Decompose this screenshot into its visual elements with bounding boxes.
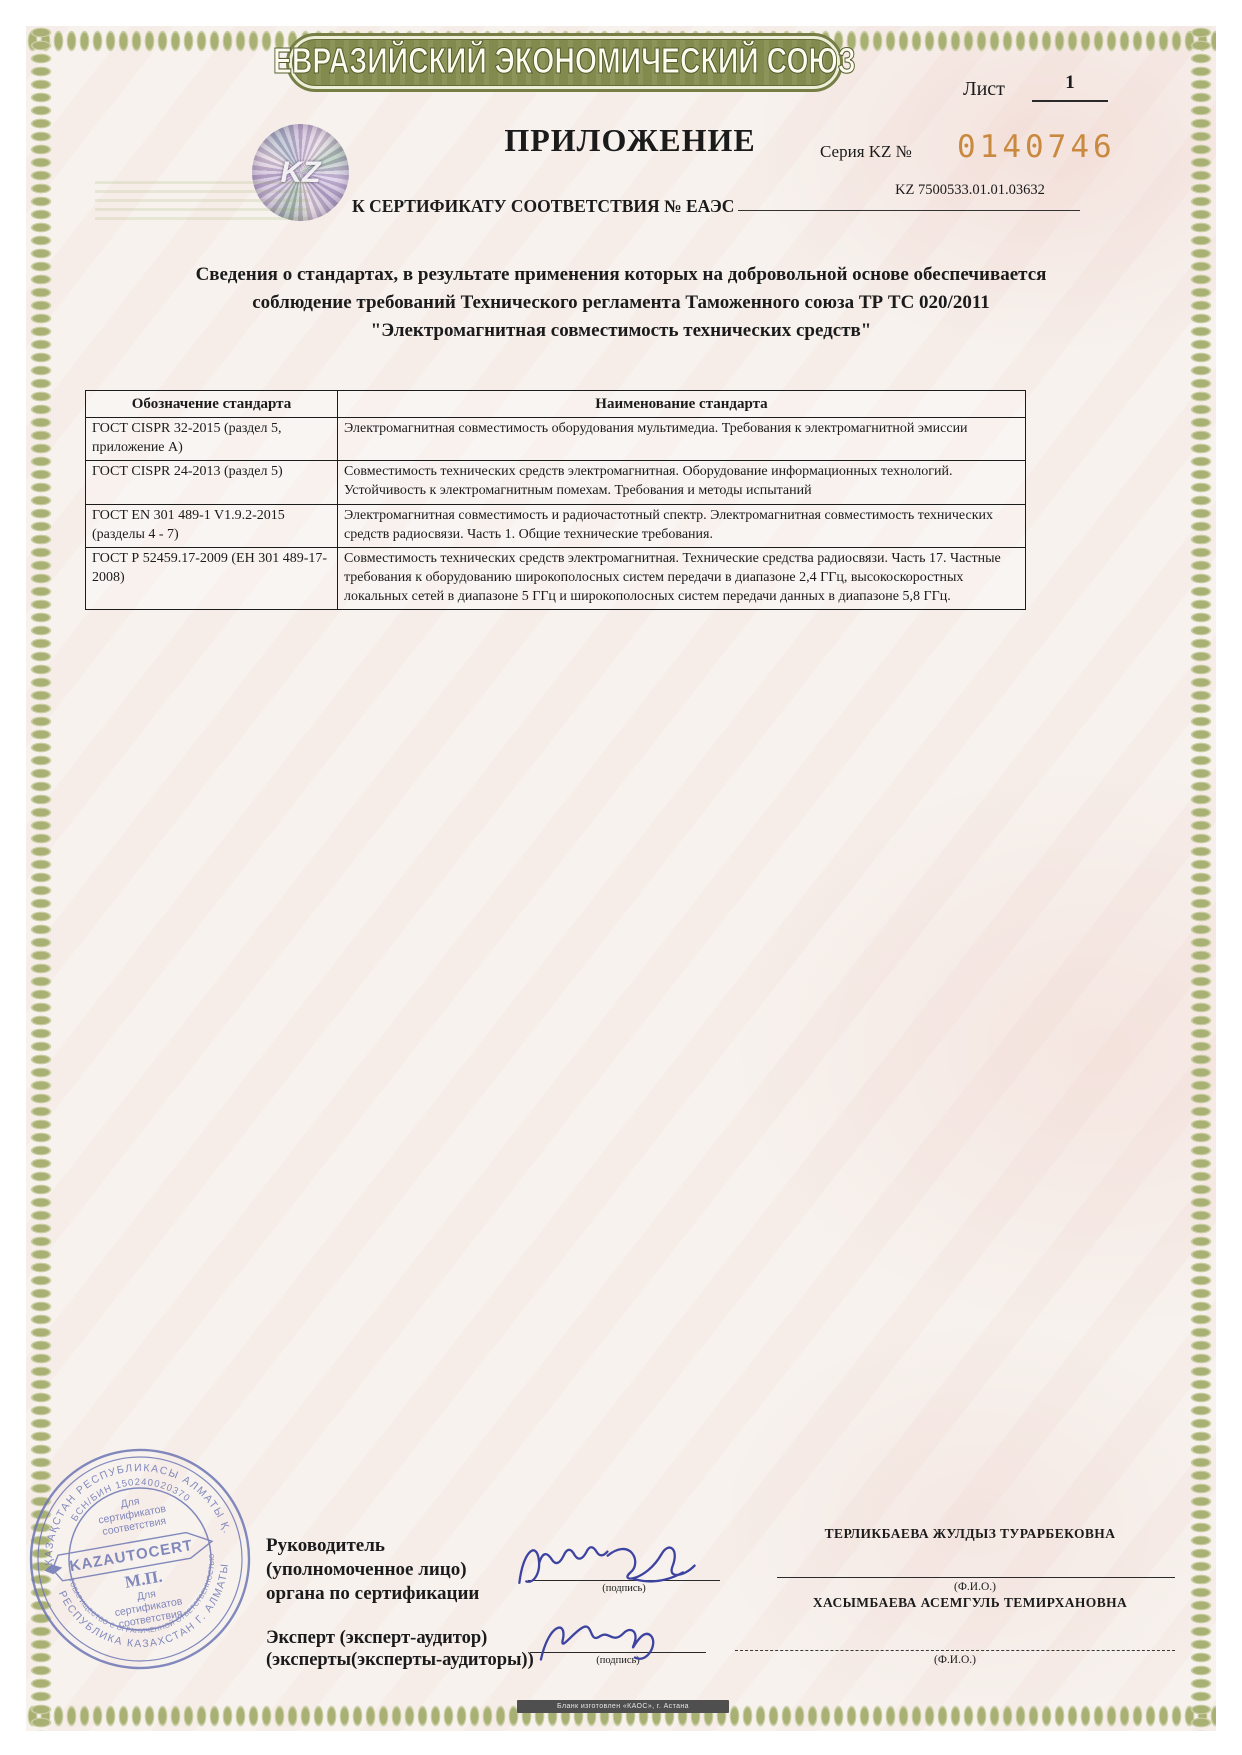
page-title: ПРИЛОЖЕНИЕ (420, 122, 840, 159)
standard-designation: ГОСТ CISPR 32-2015 (раздел 5, приложение… (86, 418, 338, 461)
table-row: ГОСТ Р 52459.17-2009 (ЕН 301 489-17-2008… (86, 547, 1026, 609)
series-label: Серия KZ № (820, 142, 912, 162)
certification-body-stamp: ҚАЗАҚСТАН РЕСПУБЛИКАСЫ АЛМАТЫ Қ. БСН/БИН… (2, 1417, 277, 1700)
head-fio-caption: (Ф.И.О.) (880, 1581, 1070, 1593)
eaeu-banner-frame: ЕВРАЗИЙСКИЙ ЭКОНОМИЧЕСКИЙ СОЮЗ (286, 33, 843, 92)
table-header-row: Обозначение стандарта Наименование станд… (86, 391, 1026, 418)
expert-role-line-2: (эксперты(эксперты-аудиторы)) (266, 1649, 546, 1671)
intro-paragraph: Сведения о стандартах, в результате прим… (80, 261, 1162, 345)
intro-line-1: Сведения о стандартах, в результате прим… (80, 261, 1162, 289)
column-header-designation: Обозначение стандарта (86, 391, 338, 418)
expert-name: ХАСЫМБАЕВА АСЕМГУЛЬ ТЕМИРХАНОВНА (760, 1595, 1180, 1611)
intro-line-3: "Электромагнитная совместимость техничес… (80, 317, 1162, 345)
intro-line-2: соблюдение требований Технического регла… (80, 289, 1162, 317)
expert-role-line-1: Эксперт (эксперт-аудитор) (266, 1627, 546, 1649)
sheet-number: 1 (1032, 72, 1108, 102)
expert-role: Эксперт (эксперт-аудитор) (эксперты(эксп… (266, 1627, 546, 1671)
standard-designation: ГОСТ EN 301 489-1 V1.9.2-2015 (разделы 4… (86, 504, 338, 547)
eaeu-banner-plate: ЕВРАЗИЙСКИЙ ЭКОНОМИЧЕСКИЙ СОЮЗ (292, 39, 837, 86)
blank-manufacturer-note: Бланк изготовлен «КАОС», г. Астана (517, 1700, 729, 1713)
series-number: 0140746 (957, 129, 1116, 165)
head-fio-line (777, 1549, 1175, 1578)
head-role-line-1: Руководитель (266, 1534, 526, 1558)
column-header-name: Наименование стандарта (338, 391, 1026, 418)
head-signature (510, 1517, 725, 1603)
head-role-line-2: (уполномоченное лицо) (266, 1558, 526, 1582)
standard-designation: ГОСТ Р 52459.17-2009 (ЕН 301 489-17-2008… (86, 547, 338, 609)
head-role: Руководитель (уполномоченное лицо) орган… (266, 1534, 526, 1606)
head-role-line-3: органа по сертификации (266, 1582, 526, 1606)
microprint-pattern (95, 178, 310, 220)
stamp-mp: М.П. (123, 1567, 164, 1592)
table-row: ГОСТ EN 301 489-1 V1.9.2-2015 (разделы 4… (86, 504, 1026, 547)
eaeu-banner-text: ЕВРАЗИЙСКИЙ ЭКОНОМИЧЕСКИЙ СОЮЗ (273, 42, 856, 83)
table-row: ГОСТ CISPR 24-2013 (раздел 5) Совместимо… (86, 461, 1026, 504)
certificate-subtitle: К СЕРТИФИКАТУ СООТВЕТСТВИЯ № ЕАЭС (352, 196, 734, 217)
expert-fio-line (735, 1622, 1175, 1651)
expert-fio-caption: (Ф.И.О.) (885, 1654, 1025, 1666)
sheet-label: Лист (963, 78, 1005, 101)
certificate-number: KZ 7500533.01.01.03632 (845, 182, 1095, 199)
standard-name: Совместимость технических средств электр… (338, 547, 1026, 609)
expert-signature (530, 1604, 683, 1676)
standard-name: Совместимость технических средств электр… (338, 461, 1026, 504)
standards-table: Обозначение стандарта Наименование станд… (85, 390, 1026, 610)
head-name: ТЕРЛИКБАЕВА ЖУЛДЫЗ ТУРАРБЕКОВНА (760, 1526, 1180, 1542)
standard-name: Электромагнитная совместимость оборудова… (338, 418, 1026, 461)
eaeu-banner: ЕВРАЗИЙСКИЙ ЭКОНОМИЧЕСКИЙ СОЮЗ (286, 33, 843, 92)
table-row: ГОСТ CISPR 32-2015 (раздел 5, приложение… (86, 418, 1026, 461)
standard-name: Электромагнитная совместимость и радиоча… (338, 504, 1026, 547)
standard-designation: ГОСТ CISPR 24-2013 (раздел 5) (86, 461, 338, 504)
